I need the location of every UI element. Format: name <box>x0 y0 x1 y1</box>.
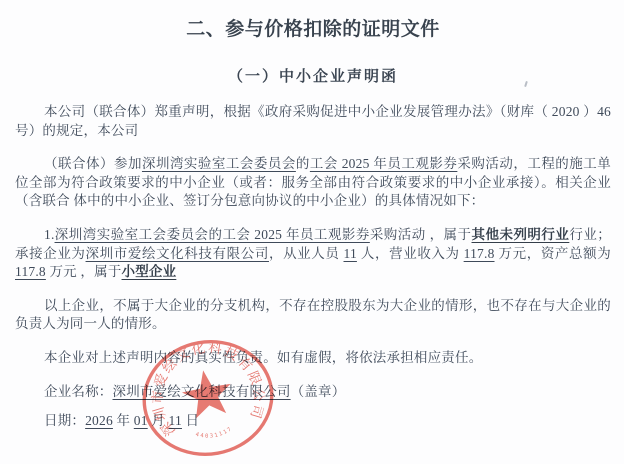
text-segment: 采购活动 ，属于 <box>370 227 472 242</box>
document-subtitle: （一）中小企业声明函 <box>15 67 611 87</box>
document-title: 二、参与价格扣除的证明文件 <box>15 10 611 42</box>
text-segment: 人，营业收入为 <box>357 246 464 261</box>
text-segment: 企业名称： <box>44 384 113 399</box>
document-body: 本公司（联合体）郑重声明，根据《政府采购促进中小企业发展管理办法》（财库（ 20… <box>15 103 611 431</box>
company-name-line: 企业名称：深圳市爱绘文化科技有限公司（盖章） <box>15 383 611 402</box>
text-segment: （联合体）参加 <box>44 156 142 171</box>
text-segment: 深圳湾实验室工会委员会的工会 2025 年员工观影券 <box>55 227 370 242</box>
text-segment: 深圳市爱绘文化科技有限公司 <box>86 246 269 261</box>
paragraph-declaration-basis: 本公司（联合体）郑重声明，根据《政府采购促进中小企业发展管理办法》（财库（ 20… <box>15 103 611 140</box>
text-segment: 1. <box>44 227 55 242</box>
text-segment: 万元，资产总额为 <box>495 246 611 261</box>
text-segment: 其他未列明行业 <box>472 227 570 242</box>
text-segment: 01 <box>134 413 148 428</box>
paragraph-project-participation: （联合体）参加深圳湾实验室工会委员会的工会 2025 年员工观影券采购活动，工程… <box>15 155 611 211</box>
text-segment: （盖章） <box>291 384 346 399</box>
text-segment: 的 <box>296 156 310 171</box>
text-segment: ，从业人员 <box>269 246 344 261</box>
text-segment: 日 <box>182 413 199 428</box>
text-segment: 深圳湾实验室工会委员会 <box>142 156 296 171</box>
text-segment: 2026 <box>85 413 113 428</box>
text-segment: 117.8 <box>15 264 46 279</box>
paragraph-enterprise-details: 1.深圳湾实验室工会委员会的工会 2025 年员工观影券采购活动 ，属于其他未列… <box>15 226 611 282</box>
text-segment: 11 <box>344 246 357 261</box>
paragraph-independence-statement: 以上企业，不属于大企业的分支机构，不存在控股股东为大企业的情形，也不存在与大企业… <box>15 297 611 334</box>
text-segment: 月 <box>148 413 169 428</box>
paragraph-liability-statement: 本企业对上述声明内容的真实性负责。如有虚假，将依法承担相应责任。 <box>15 349 611 368</box>
document-content: 二、参与价格扣除的证明文件 （一）中小企业声明函 本公司（联合体）郑重声明，根据… <box>0 0 624 431</box>
text-segment: 以上企业，不属于大企业的分支机构，不存在控股股东为大企业的情形，也不存在与大企业… <box>15 298 611 332</box>
text-segment: 本公司（联合体）郑重声明，根据《政府采购促进中小企业发展管理办法》（财库（ 20… <box>15 104 611 138</box>
scanned-document-page: 二、参与价格扣除的证明文件 （一）中小企业声明函 本公司（联合体）郑重声明，根据… <box>0 0 624 464</box>
date-line: 日期：2026 年 01 月 11 日 <box>15 412 611 431</box>
text-segment: 日期： <box>44 413 85 428</box>
text-segment: 万元 ，属于 <box>46 264 122 279</box>
text-segment: 117.8 <box>464 246 495 261</box>
text-segment: 小型企业 <box>122 264 177 279</box>
text-segment: 11 <box>169 413 182 428</box>
text-segment: 本企业对上述声明内容的真实性负责。如有虚假，将依法承担相应责任。 <box>44 350 482 365</box>
text-segment: 深圳市爱绘文化科技有限公司 <box>113 384 291 399</box>
text-segment: 工会 2025 年员工观影券 <box>310 156 457 171</box>
text-segment: 年 <box>113 413 134 428</box>
